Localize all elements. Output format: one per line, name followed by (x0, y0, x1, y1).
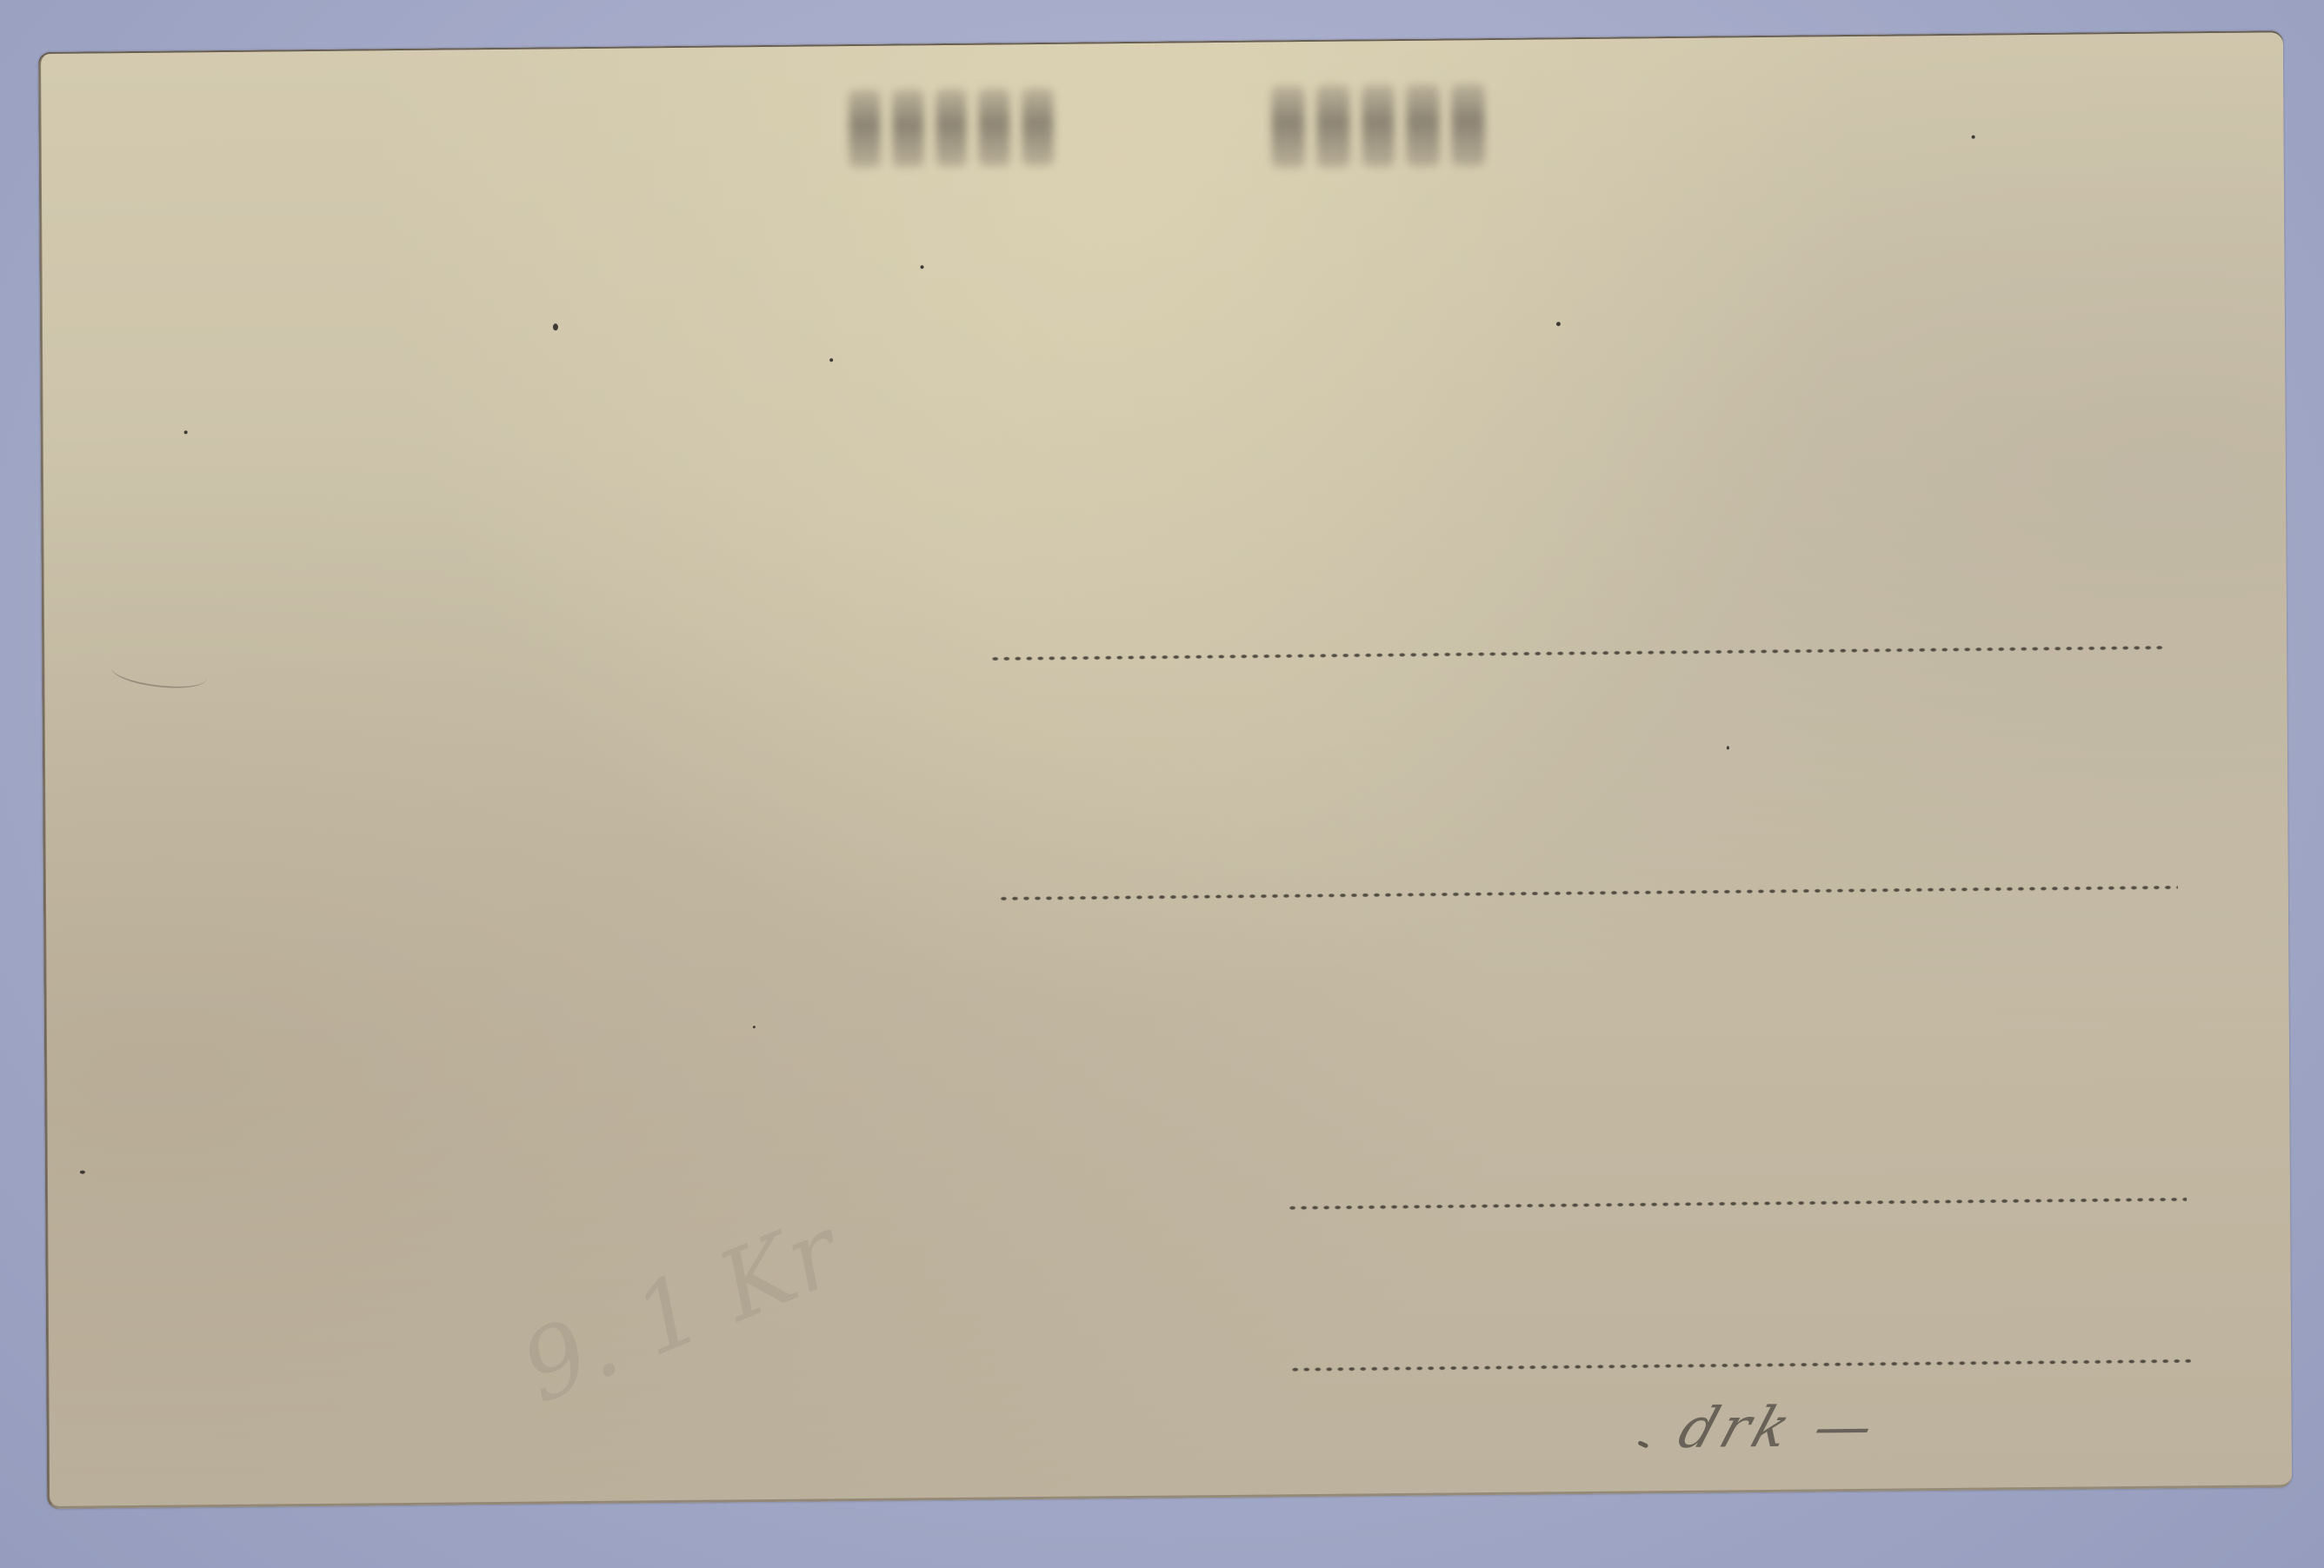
ink-speck (1727, 746, 1729, 749)
handwritten-note: drk — (1671, 1395, 1887, 1461)
ink-speck (1972, 136, 1975, 139)
ink-speck (921, 265, 924, 269)
ink-speck (80, 1171, 85, 1174)
ink-speck (1556, 322, 1561, 326)
smudged-stamp-mark-left (849, 88, 1054, 168)
smudged-stamp-mark-right (1271, 83, 1485, 168)
paper-crease (110, 652, 209, 695)
address-line-4 (1289, 1359, 2191, 1372)
ink-speck (753, 1026, 756, 1028)
pencil-mark (1637, 1440, 1648, 1449)
faint-erased-pencil-note: 9. 1 Kr (507, 1195, 855, 1425)
ink-speck (184, 430, 188, 434)
ink-speck (553, 323, 558, 330)
address-line-2 (998, 885, 2178, 900)
postcard-back: 9. 1 Kr drk — (38, 30, 2292, 1509)
table-surface: 9. 1 Kr drk — (0, 0, 2324, 1568)
address-line-3 (1287, 1197, 2187, 1210)
address-line-1 (989, 646, 2165, 661)
ink-speck (829, 358, 833, 362)
